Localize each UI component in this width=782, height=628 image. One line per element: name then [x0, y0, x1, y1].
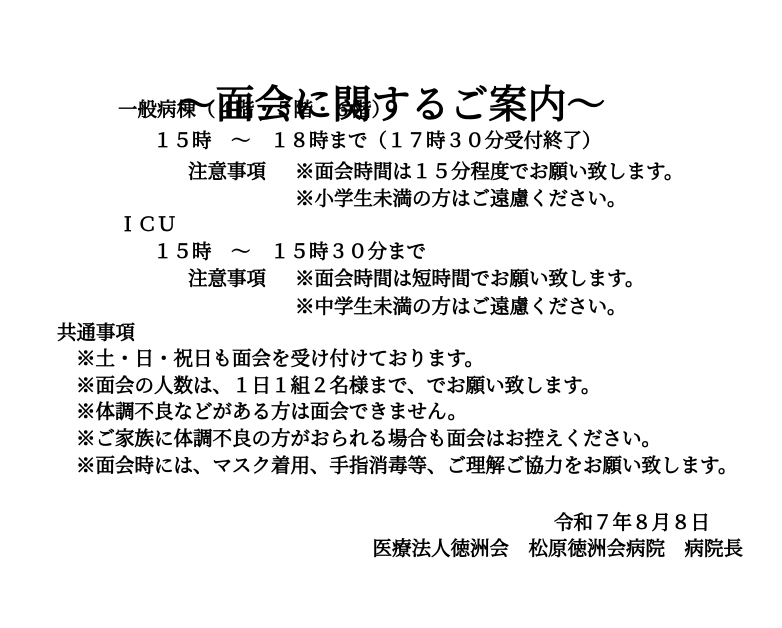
general-ward-hours: １５時 ～ １８時まで（１７時３０分受付終了）: [153, 130, 602, 152]
common-rule-holidays: ※土・日・祝日も面会を受け付けております。: [76, 348, 484, 370]
icu-hours: １５時 ～ １５時３０分まで: [153, 241, 426, 263]
visiting-notice-document: ～面会に関するご案内～ 一般病棟（４階・５階・６階） １５時 ～ １８時まで（１…: [0, 0, 782, 628]
icu-note-children: ※中学生未満の方はご遠慮ください。: [295, 296, 627, 318]
common-rule-unwell-family: ※ご家族に体調不良の方がおられる場合も面会はお控えください。: [76, 428, 661, 450]
document-date: 令和７年８月８日: [554, 512, 710, 534]
document-signature: 医療法人徳洲会 松原徳洲会病院 病院長: [372, 538, 743, 560]
common-rule-visitor-limit: ※面会の人数は、１日１組２名様まで、でお願い致します。: [76, 375, 601, 397]
icu-note-duration: ※面会時間は短時間でお願い致します。: [295, 268, 644, 290]
general-ward-note-duration: ※面会時間は１５分程度でお願い致します。: [295, 161, 683, 183]
common-rule-unwell-visitor: ※体調不良などがある方は面会できません。: [76, 401, 467, 423]
icu-heading: ＩＣＵ: [118, 214, 177, 236]
general-ward-note-children: ※小学生未満の方はご遠慮ください。: [295, 188, 627, 210]
common-rule-mask-sanitize: ※面会時には、マスク着用、手指消毒等、ご理解ご協力をお願い致します。: [76, 455, 737, 477]
general-ward-heading: 一般病棟（４階・５階・６階）: [118, 99, 391, 121]
general-ward-notes-label: 注意事項: [188, 161, 266, 183]
icu-notes-label: 注意事項: [188, 268, 266, 290]
common-rules-heading: 共通事項: [57, 322, 135, 344]
